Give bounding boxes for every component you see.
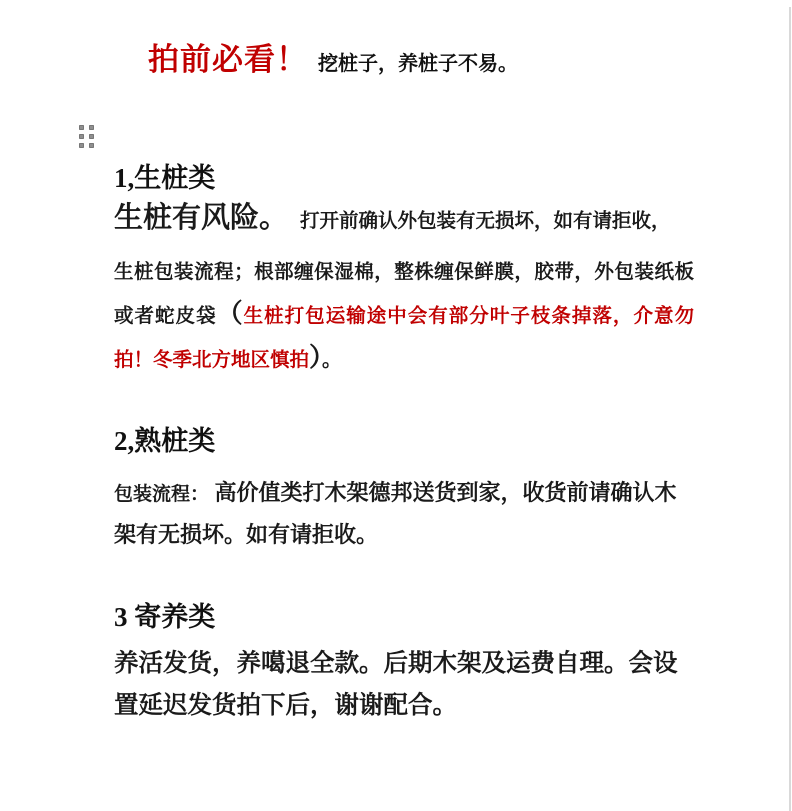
page-right-edge-line: [789, 7, 791, 811]
drag-dot: [79, 143, 84, 148]
paren-open: （: [217, 299, 244, 328]
section-1-lead: 生桩有风险。: [114, 202, 288, 234]
drag-dot: [89, 143, 94, 148]
document-body: 1,生桩类 生桩有风险。 打开前确认外包装有无损坏，如有请拒收， 生桩包装流程；…: [114, 158, 694, 727]
document-page: 拍前必看！ 挖桩子，养桩子不易。 1,生桩类 生桩有风险。 打开前确认外包装有无…: [0, 0, 792, 811]
alert-subtitle: 挖桩子，养桩子不易。: [318, 47, 518, 76]
section-2-heading: 2,熟桩类: [114, 421, 694, 458]
drag-dot: [89, 125, 94, 130]
alert-title: 拍前必看！: [148, 34, 308, 79]
drag-dot: [79, 134, 84, 139]
drag-dot: [89, 134, 94, 139]
section-1-paragraph: 生桩包装流程；根部缠保湿棉，整株缠保鲜膜，胶带，外包装纸板或者蛇皮袋（生桩打包运…: [114, 252, 694, 381]
sentence-period: 。: [322, 350, 342, 371]
page-title: 拍前必看！ 挖桩子，养桩子不易。: [148, 34, 518, 79]
drag-dot: [79, 125, 84, 130]
section-1-lead-line: 生桩有风险。 打开前确认外包装有无损坏，如有请拒收，: [114, 200, 694, 241]
section-3-heading: 3 寄养类: [114, 597, 694, 634]
section-1-heading: 1,生桩类: [114, 158, 694, 195]
section-3-paragraph: 养活发货，养噶退全款。后期木架及运费自理。会设置延迟发货拍下后，谢谢配合。: [114, 643, 694, 727]
section-1-lead-note: 打开前确认外包装有无损坏，如有请拒收，: [300, 211, 671, 232]
section-2-label: 包装流程：: [114, 484, 209, 505]
drag-handle-icon[interactable]: [79, 125, 94, 148]
section-2-paragraph: 包装流程： 高价值类打木架德邦送货到家，收货前请确认木架有无损坏。如有请拒收。: [114, 473, 694, 555]
paren-close: ）: [309, 343, 322, 372]
